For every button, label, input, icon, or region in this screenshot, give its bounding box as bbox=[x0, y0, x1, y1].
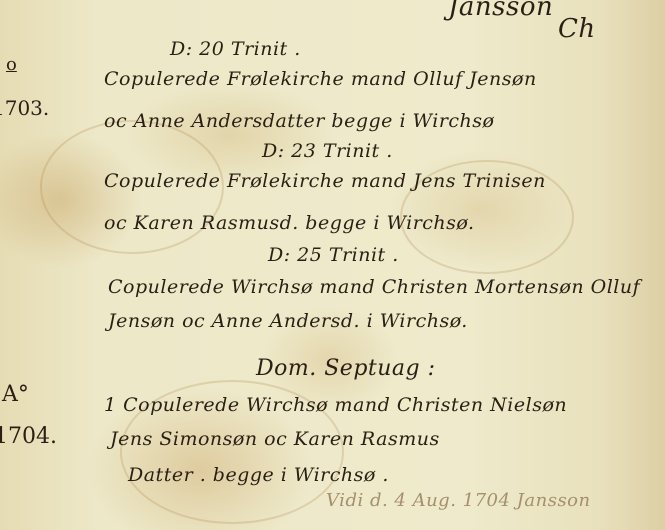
margin-anno: A° bbox=[2, 382, 29, 407]
entry-line: oc Karen Rasmusd. begge i Wirchsø. bbox=[104, 212, 475, 234]
entry-heading: Dom. Septuag : bbox=[256, 356, 436, 381]
entry-line: Copulerede Frølekirche mand Olluf Jensøn bbox=[104, 68, 537, 90]
entry-line: 1 Copulerede Wirchsø mand Christen Niels… bbox=[104, 394, 567, 416]
footer-vidi-note: Vidi d. 4 Aug. 1704 Jansson bbox=[326, 490, 591, 511]
margin-year-1703: 1703. bbox=[0, 96, 49, 120]
signature-name: Jansson bbox=[448, 0, 553, 22]
top-signature: Jansson Ch bbox=[448, 0, 600, 22]
margin-year-1704: 1704. bbox=[0, 424, 57, 449]
manuscript-page: Jansson Ch o 1703. A° 1704. D: 20 Trinit… bbox=[0, 0, 665, 530]
entry-line: Jens Simonsøn oc Karen Rasmus bbox=[110, 428, 440, 450]
entry-line: Datter . begge i Wirchsø . bbox=[128, 464, 389, 486]
entry-heading: D: 25 Trinit . bbox=[268, 244, 399, 266]
entry-heading: D: 23 Trinit . bbox=[262, 140, 393, 162]
signature-flourish: Ch bbox=[558, 14, 596, 44]
entry-heading: D: 20 Trinit . bbox=[170, 38, 301, 60]
entry-line: Copulerede Wirchsø mand Christen Mortens… bbox=[108, 276, 640, 298]
margin-year-1703-mark: o bbox=[6, 54, 17, 75]
entry-line: oc Anne Andersdatter begge i Wirchsø bbox=[104, 110, 494, 132]
entry-line: Jensøn oc Anne Andersd. i Wirchsø. bbox=[108, 310, 468, 332]
entry-line: Copulerede Frølekirche mand Jens Trinise… bbox=[104, 170, 546, 192]
